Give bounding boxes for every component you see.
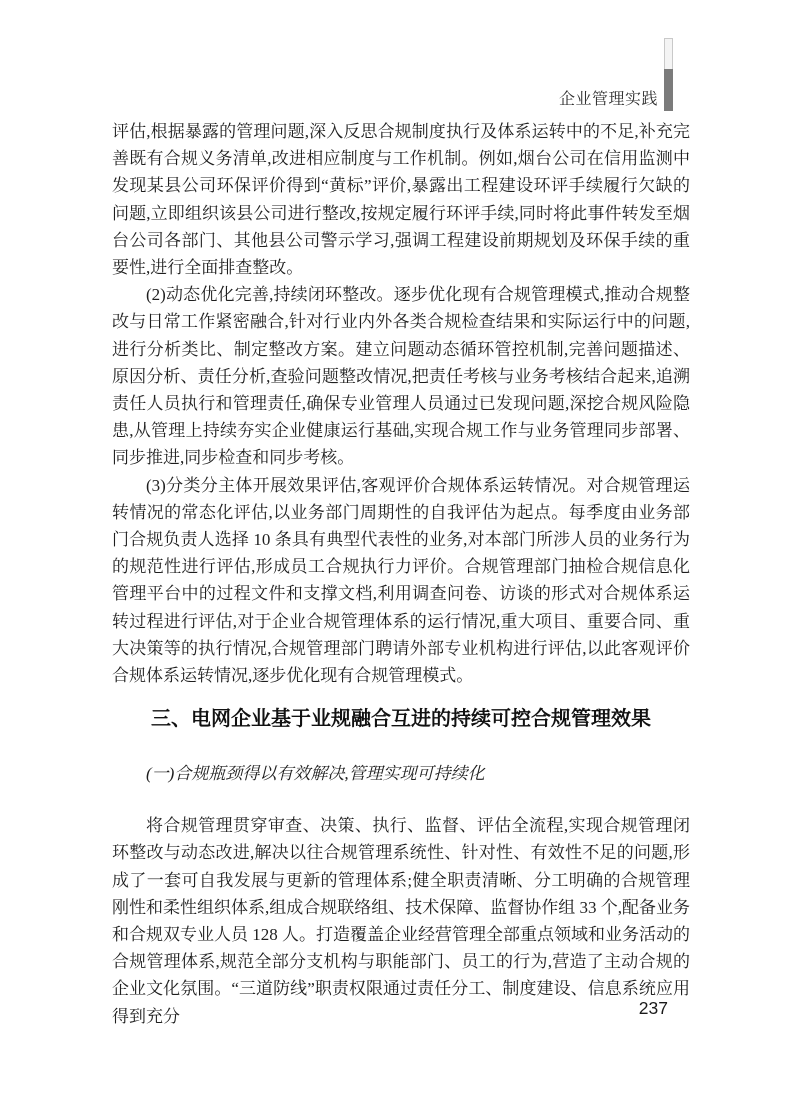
running-head: 企业管理实践 xyxy=(559,86,658,109)
corner-tab-dark-segment xyxy=(664,69,673,111)
section-heading: 三、电网企业基于业规融合互进的持续可控合规管理效果 xyxy=(112,704,690,734)
text-column: 评估,根据暴露的管理问题,深入反思合规制度执行及体系运转中的不足,补充完善既有合… xyxy=(112,118,690,1030)
book-page: 企业管理实践 评估,根据暴露的管理问题,深入反思合规制度执行及体系运转中的不足,… xyxy=(0,0,800,1118)
subsection-heading: (一)合规瓶颈得以有效解决,管理实现可持续化 xyxy=(112,760,690,787)
running-title: 企业管理实践 xyxy=(559,91,658,108)
corner-tab-light-segment xyxy=(664,38,673,69)
body-paragraph-item-2: (2)动态优化完善,持续闭环整改。逐步优化现有合规管理模式,推动合规整改与日常工… xyxy=(112,281,690,471)
corner-tab-decoration xyxy=(664,38,673,111)
page-number: 237 xyxy=(639,998,668,1019)
body-paragraph-closing: 将合规管理贯穿审查、决策、执行、监督、评估全流程,实现合规管理闭环整改与动态改进… xyxy=(112,812,690,1030)
body-paragraph-continuation: 评估,根据暴露的管理问题,深入反思合规制度执行及体系运转中的不足,补充完善既有合… xyxy=(112,118,690,281)
body-paragraph-item-3: (3)分类分主体开展效果评估,客观评价合规体系运转情况。对合规管理运转情况的常态… xyxy=(112,472,690,690)
